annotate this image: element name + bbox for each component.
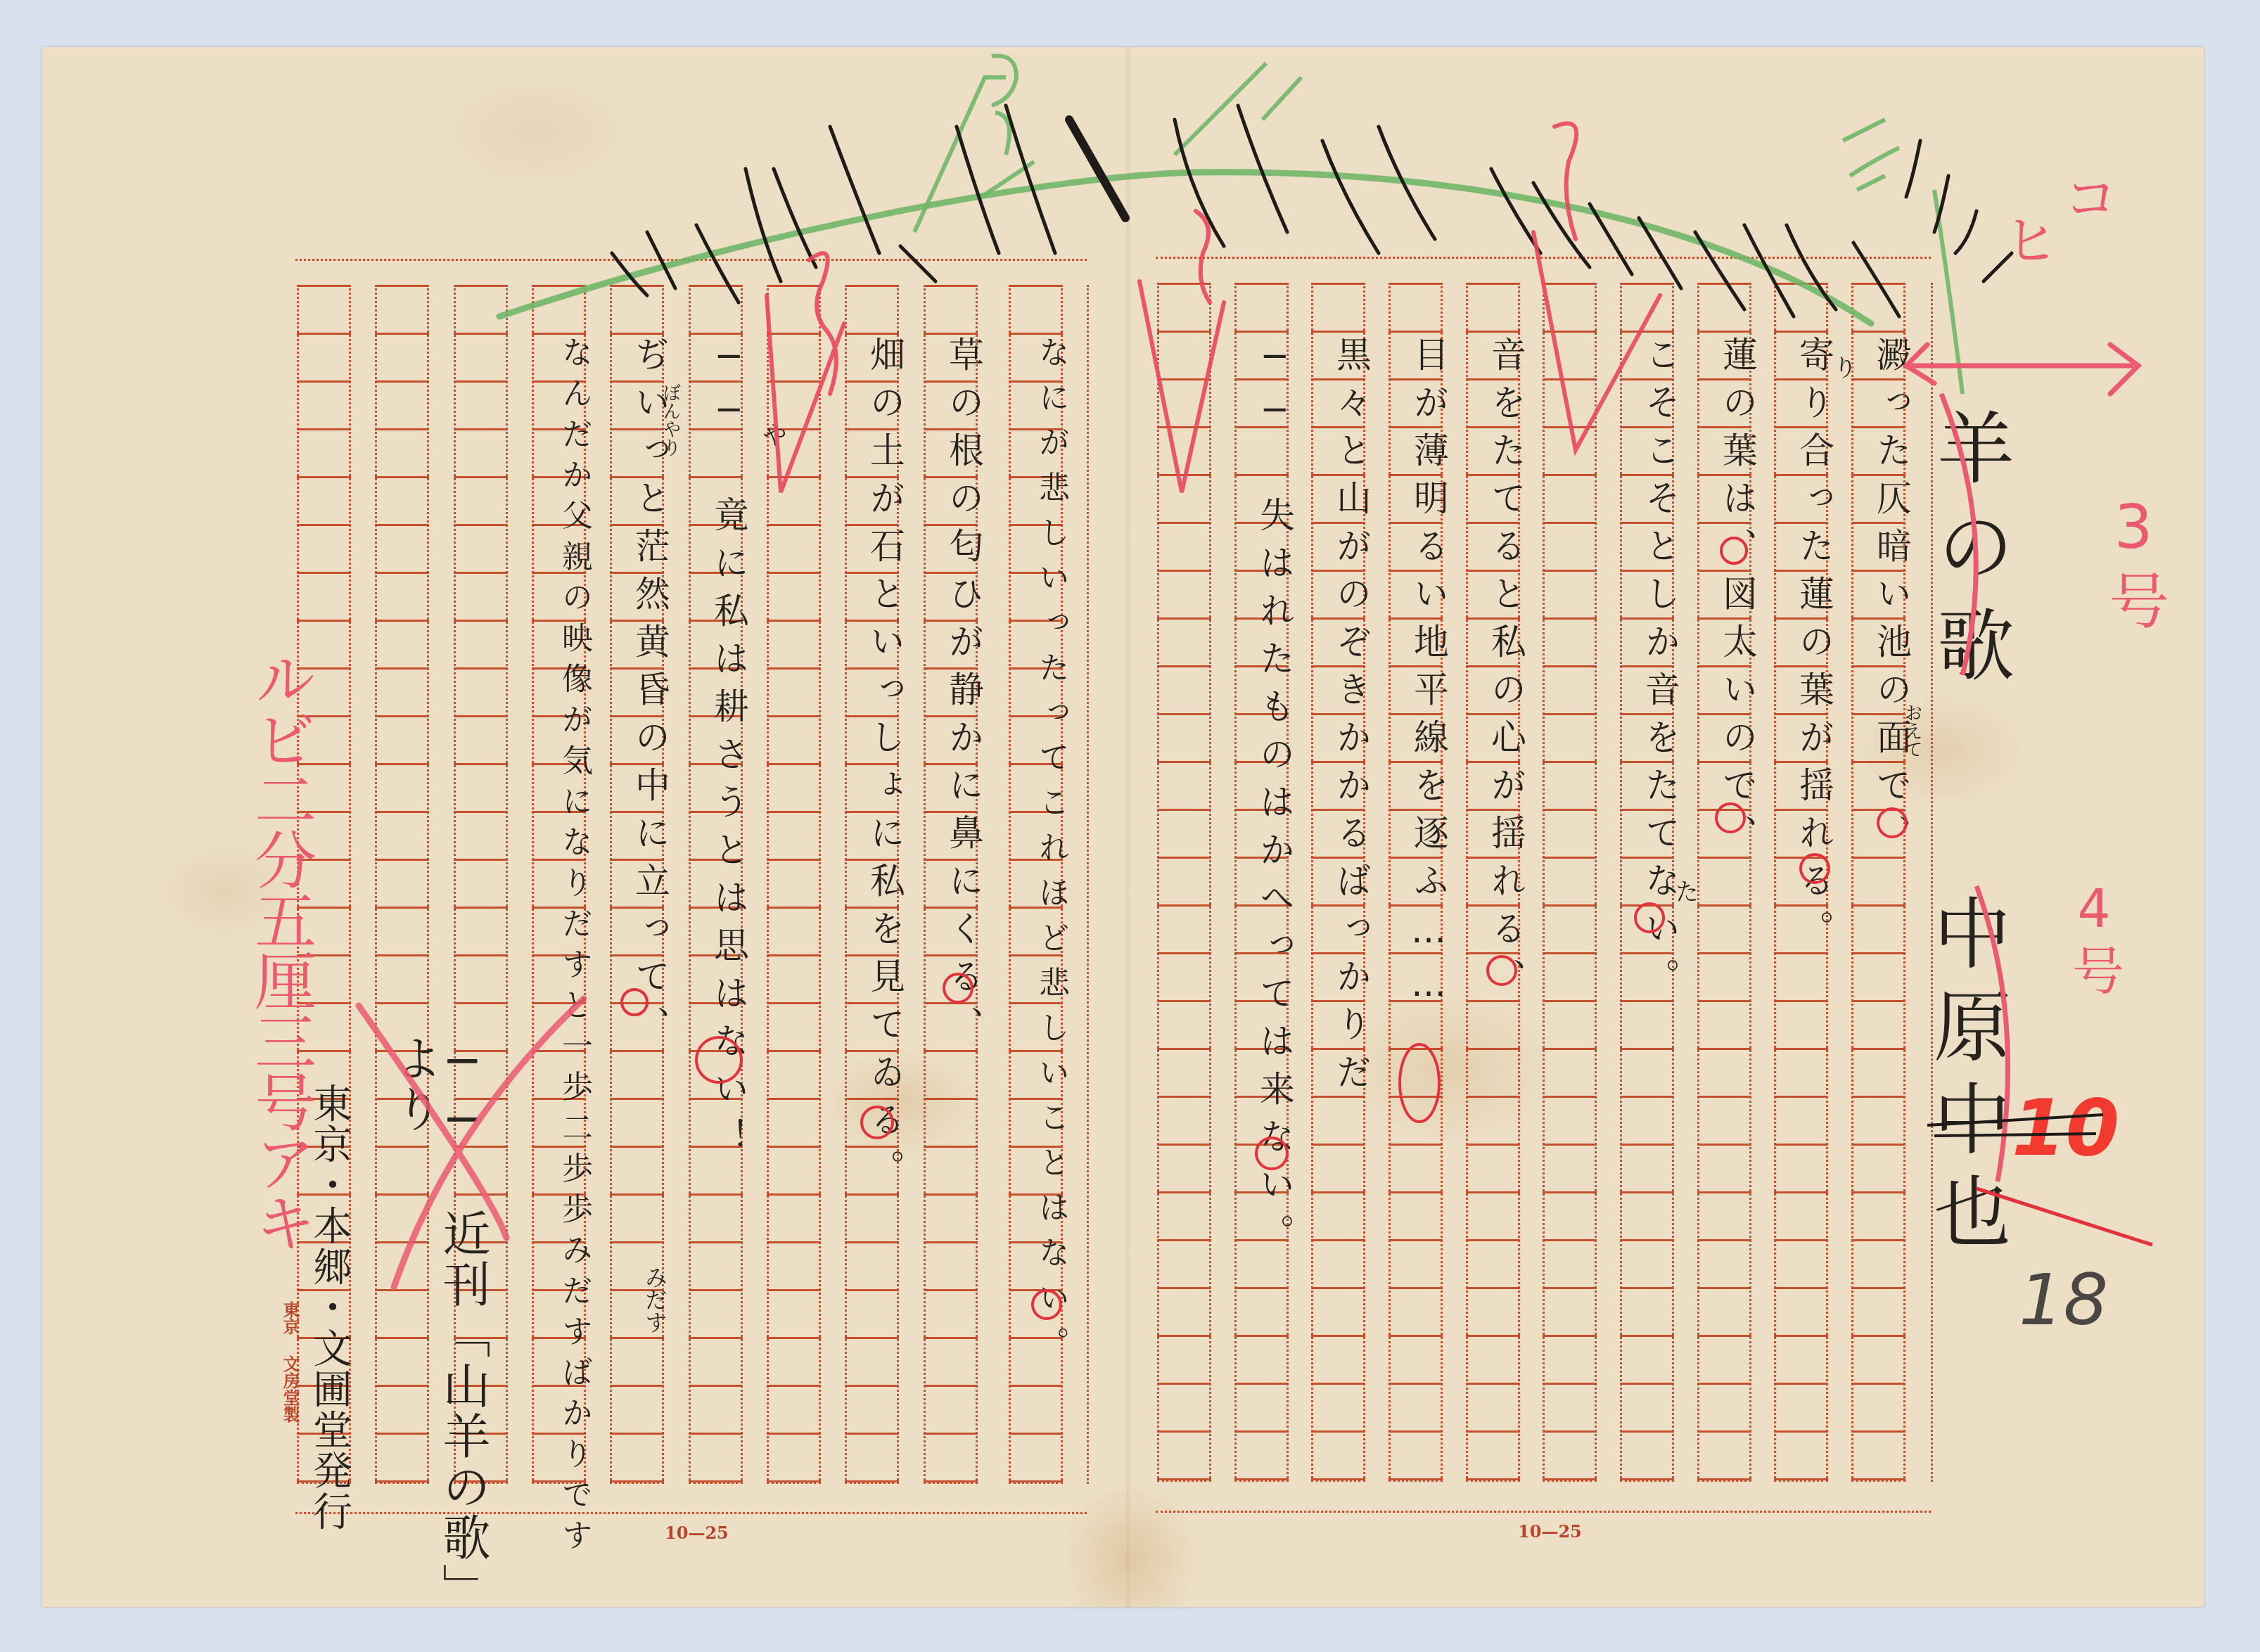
title-marker: コ (2057, 169, 2114, 225)
right-page-bottom-border (1156, 1511, 1931, 1513)
title: 羊の歌 (1931, 408, 2008, 703)
page-number-old: 18 (2019, 1259, 2108, 1341)
manuscript-line: 草の根の匂ひが静かに鼻にくる、 (927, 336, 981, 1054)
page-imprint-left: 10—25 (665, 1523, 729, 1543)
grid-column (1543, 283, 1597, 1482)
manuscript-line: 黒々と山がのぞきかかるばっかりだ (1315, 336, 1369, 1101)
page-imprint-right: 10—25 (1518, 1521, 1582, 1542)
manuscript-line: ── 竟に私は耕さうとは思はない！ (692, 336, 746, 1166)
manuscript-line: 目が薄明るい地平線を逐ふ…… (1392, 336, 1446, 1017)
layout-note-size: 3号 (2103, 492, 2164, 637)
manuscript-line: 音をたてると私の心が揺れる、 (1469, 336, 1524, 1006)
title-annotation: ヒ (1998, 211, 2054, 267)
interlinear-note: みだす (644, 1266, 666, 1333)
manuscript-line: 寄り合った蓮の葉が揺れる。 (1777, 336, 1832, 958)
left-page-outer-rule (1087, 285, 1089, 1484)
source-note: ── 近刊「山羊の歌」より (390, 1034, 486, 1652)
interlinear-note: た (1673, 879, 1697, 903)
manuscript-line: ── 失はれたものはかへっては来ない。 (1238, 336, 1292, 1262)
manuscript-line: なんだか父親の映像が気になりだすと一歩二歩歩みだすばかりです (535, 336, 589, 1560)
manuscript-line: こそこそとしか音をたてない。 (1623, 336, 1678, 1006)
interlinear-note: り (1831, 355, 1855, 379)
grid-column (767, 285, 821, 1484)
author-name: 中原中也 (1927, 893, 2005, 1264)
manuscript-line: 畑の土が石といっしょに私を見てゐる。 (848, 336, 902, 1197)
manuscript-line: 澱った仄暗い池の面で、 (1855, 336, 1909, 862)
left-page-top-border (295, 259, 1087, 261)
red-editor-note: ルビ二分五厘三号アキ (250, 647, 312, 1252)
maker-imprint: 東京 文房堂製 (281, 1301, 298, 1423)
layout-note-author: 4号 (2068, 879, 2120, 1000)
interlinear-note: や (760, 422, 785, 447)
interlinear-note: おえて (1903, 703, 1921, 758)
right-page-top-border (1156, 257, 1931, 259)
manuscript-line: なにが悲しいったってこれほど悲しいことはない。 (1012, 336, 1066, 1371)
grid-column (1157, 283, 1211, 1482)
page-number-new: 10 (2012, 1083, 2119, 1173)
interlinear-note: ぼんやり (661, 383, 679, 456)
manuscript-line: 蓮の葉は、図太いので、 (1701, 336, 1755, 862)
